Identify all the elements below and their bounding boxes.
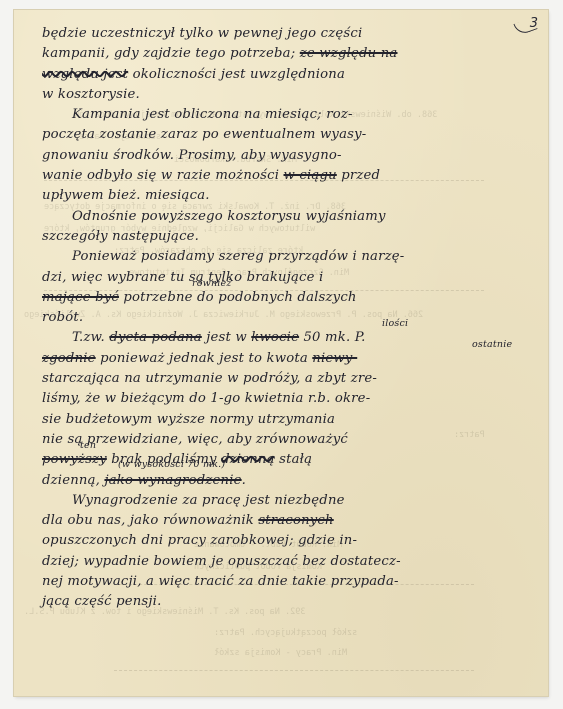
handwritten-text: będzie uczestniczył tylko w pewnej jego … xyxy=(42,24,528,613)
line-text: dzienną, xyxy=(42,473,104,488)
struck-text: powyższy xyxy=(42,452,107,467)
struck-text: dzienną xyxy=(221,452,275,467)
text-line: względu jest okoliczności jest uwzględni… xyxy=(42,65,528,85)
text-line: mające byćrównież potrzebne do podobnych… xyxy=(42,288,528,308)
text-line: starczająca na utrzymanie w podróży, a z… xyxy=(42,369,528,389)
inserted-text: (w wysokości 70 mk.) xyxy=(118,460,225,470)
inserted-text: również xyxy=(192,279,232,289)
bleed-line: szkół początkujących. Patrz: xyxy=(214,628,357,638)
line-text: dziej; wypadnie bowiem je opuszczać bez … xyxy=(42,554,401,569)
line-text: okoliczności jest uwzględniona xyxy=(128,67,345,82)
line-text: będzie uczestniczył tylko w pewnej jego … xyxy=(42,26,362,41)
text-line: Wynagrodzenie za pracę jest niezbędne xyxy=(42,491,528,511)
inserted-text: ilości xyxy=(382,319,408,329)
text-line: w kosztorysie. xyxy=(42,85,528,105)
line-text: Kampania jest obliczona na miesiąc; roz- xyxy=(72,107,353,122)
line-text: nej motywacji, a więc tracić za dnie tak… xyxy=(42,574,399,589)
line-text: przed xyxy=(337,168,380,183)
struck-text: jako wynagrodzenie xyxy=(104,473,241,488)
line-text: . xyxy=(242,473,246,488)
line-text: upływem bież. miesiąca. xyxy=(42,188,210,203)
line-text: stałą xyxy=(275,452,312,467)
text-line: nie są przewidziane, więc, aby zrównoważ… xyxy=(42,430,528,450)
text-line: tenpowyższy brak podaliśmy dzienną stałą… xyxy=(42,450,528,470)
text-line: jącą część pensji. xyxy=(42,592,528,612)
line-text: jest w xyxy=(202,330,251,345)
line-text: jącą część pensji. xyxy=(42,594,161,609)
text-line: robót. xyxy=(42,308,528,328)
struck-text: względu jest xyxy=(42,67,128,82)
text-line: gnowaniu środków. Prosimy, aby wyasygno- xyxy=(42,146,528,166)
manuscript-page: 368. ob. Wiśniewski kolej w spr. wypłaty… xyxy=(14,10,548,696)
line-text: poczęta zostanie zaraz po ewentualnem wy… xyxy=(42,127,366,142)
text-line: Odnośnie powyższego kosztorysu wyjaśniam… xyxy=(42,207,528,227)
line-text: w kosztorysie. xyxy=(42,87,140,102)
bleed-rule xyxy=(114,670,474,671)
line-text: robót. xyxy=(42,310,83,325)
line-text: potrzebne do podobnych dalszych xyxy=(119,290,357,305)
line-text: wanie odbyło się w razie możności xyxy=(42,168,284,183)
struck-text: kwocie xyxy=(251,330,299,345)
inserted-text: ten xyxy=(80,441,96,451)
line-text: starczająca na utrzymanie w podróży, a z… xyxy=(42,371,377,386)
line-text: sie budżetowym wyższe normy utrzymania xyxy=(42,412,335,427)
text-line: T.zw. dyeta podana jest w kwocieilości 5… xyxy=(42,328,528,348)
struck-text: niewy- xyxy=(312,351,357,366)
text-line: dla obu nas, jako równoważnik straconych xyxy=(42,511,528,531)
text-line: będzie uczestniczył tylko w pewnej jego … xyxy=(42,24,528,44)
line-text: dla obu nas, jako równoważnik xyxy=(42,513,258,528)
text-line: sie budżetowym wyższe normy utrzymania xyxy=(42,410,528,430)
line-text: kampanii, gdy zajdzie tego potrzeba; xyxy=(42,46,300,61)
text-line: upływem bież. miesiąca. xyxy=(42,186,528,206)
inserted-text: ostatnie xyxy=(472,340,512,350)
line-text: Odnośnie powyższego kosztorysu wyjaśniam… xyxy=(72,209,386,224)
line-text: Wynagrodzenie za pracę jest niezbędne xyxy=(72,493,345,508)
bleed-line: Min. Pracy - Komisja szkół xyxy=(214,648,347,658)
line-text: dzi, więc wybrane tu są tylko brakujące … xyxy=(42,270,323,285)
line-text: T.zw. xyxy=(72,330,109,345)
line-text: opuszczonych dni pracy zarobkowej; gdzie… xyxy=(42,533,357,548)
line-text: gnowaniu środków. Prosimy, aby wyasygno- xyxy=(42,148,342,163)
text-line: kampanii, gdy zajdzie tego potrzeba; ze … xyxy=(42,44,528,64)
text-line: dziej; wypadnie bowiem je opuszczać bez … xyxy=(42,552,528,572)
line-text: ponieważ jednak jest to kwota xyxy=(96,351,313,366)
struck-text: straconych xyxy=(258,513,333,528)
text-line: poczęta zostanie zaraz po ewentualnem wy… xyxy=(42,125,528,145)
text-line: Ponieważ posiadamy szereg przyrządów i n… xyxy=(42,247,528,267)
text-line: opuszczonych dni pracy zarobkowej; gdzie… xyxy=(42,531,528,551)
text-line: szczegóły następujące. xyxy=(42,227,528,247)
text-line: wanie odbyło się w razie możności w ciąg… xyxy=(42,166,528,186)
text-line: dzi, więc wybrane tu są tylko brakujące … xyxy=(42,268,528,288)
struck-text: mające być xyxy=(42,290,119,305)
text-line: liśmy, że w bieżącym do 1-go kwietnia r.… xyxy=(42,389,528,409)
page-number: 3 xyxy=(530,16,538,31)
text-line: dzienną, jako wynagrodzenie. xyxy=(42,471,528,491)
struck-text: zgodnie xyxy=(42,351,96,366)
line-text: szczegóły następujące. xyxy=(42,229,199,244)
line-text: liśmy, że w bieżącym do 1-go kwietnia r.… xyxy=(42,391,370,406)
struck-text: ze względu na xyxy=(300,46,398,61)
line-text: 50 mk. P. xyxy=(299,330,365,345)
text-line: zgodnie ponieważ jednak jest to kwota os… xyxy=(42,349,528,369)
line-text: Ponieważ posiadamy szereg przyrządów i n… xyxy=(72,249,404,264)
text-line: Kampania jest obliczona na miesiąc; roz- xyxy=(42,105,528,125)
struck-text: w ciągu xyxy=(284,168,337,183)
struck-text: dyeta podana xyxy=(109,330,202,345)
text-line: nej motywacji, a więc tracić za dnie tak… xyxy=(42,572,528,592)
